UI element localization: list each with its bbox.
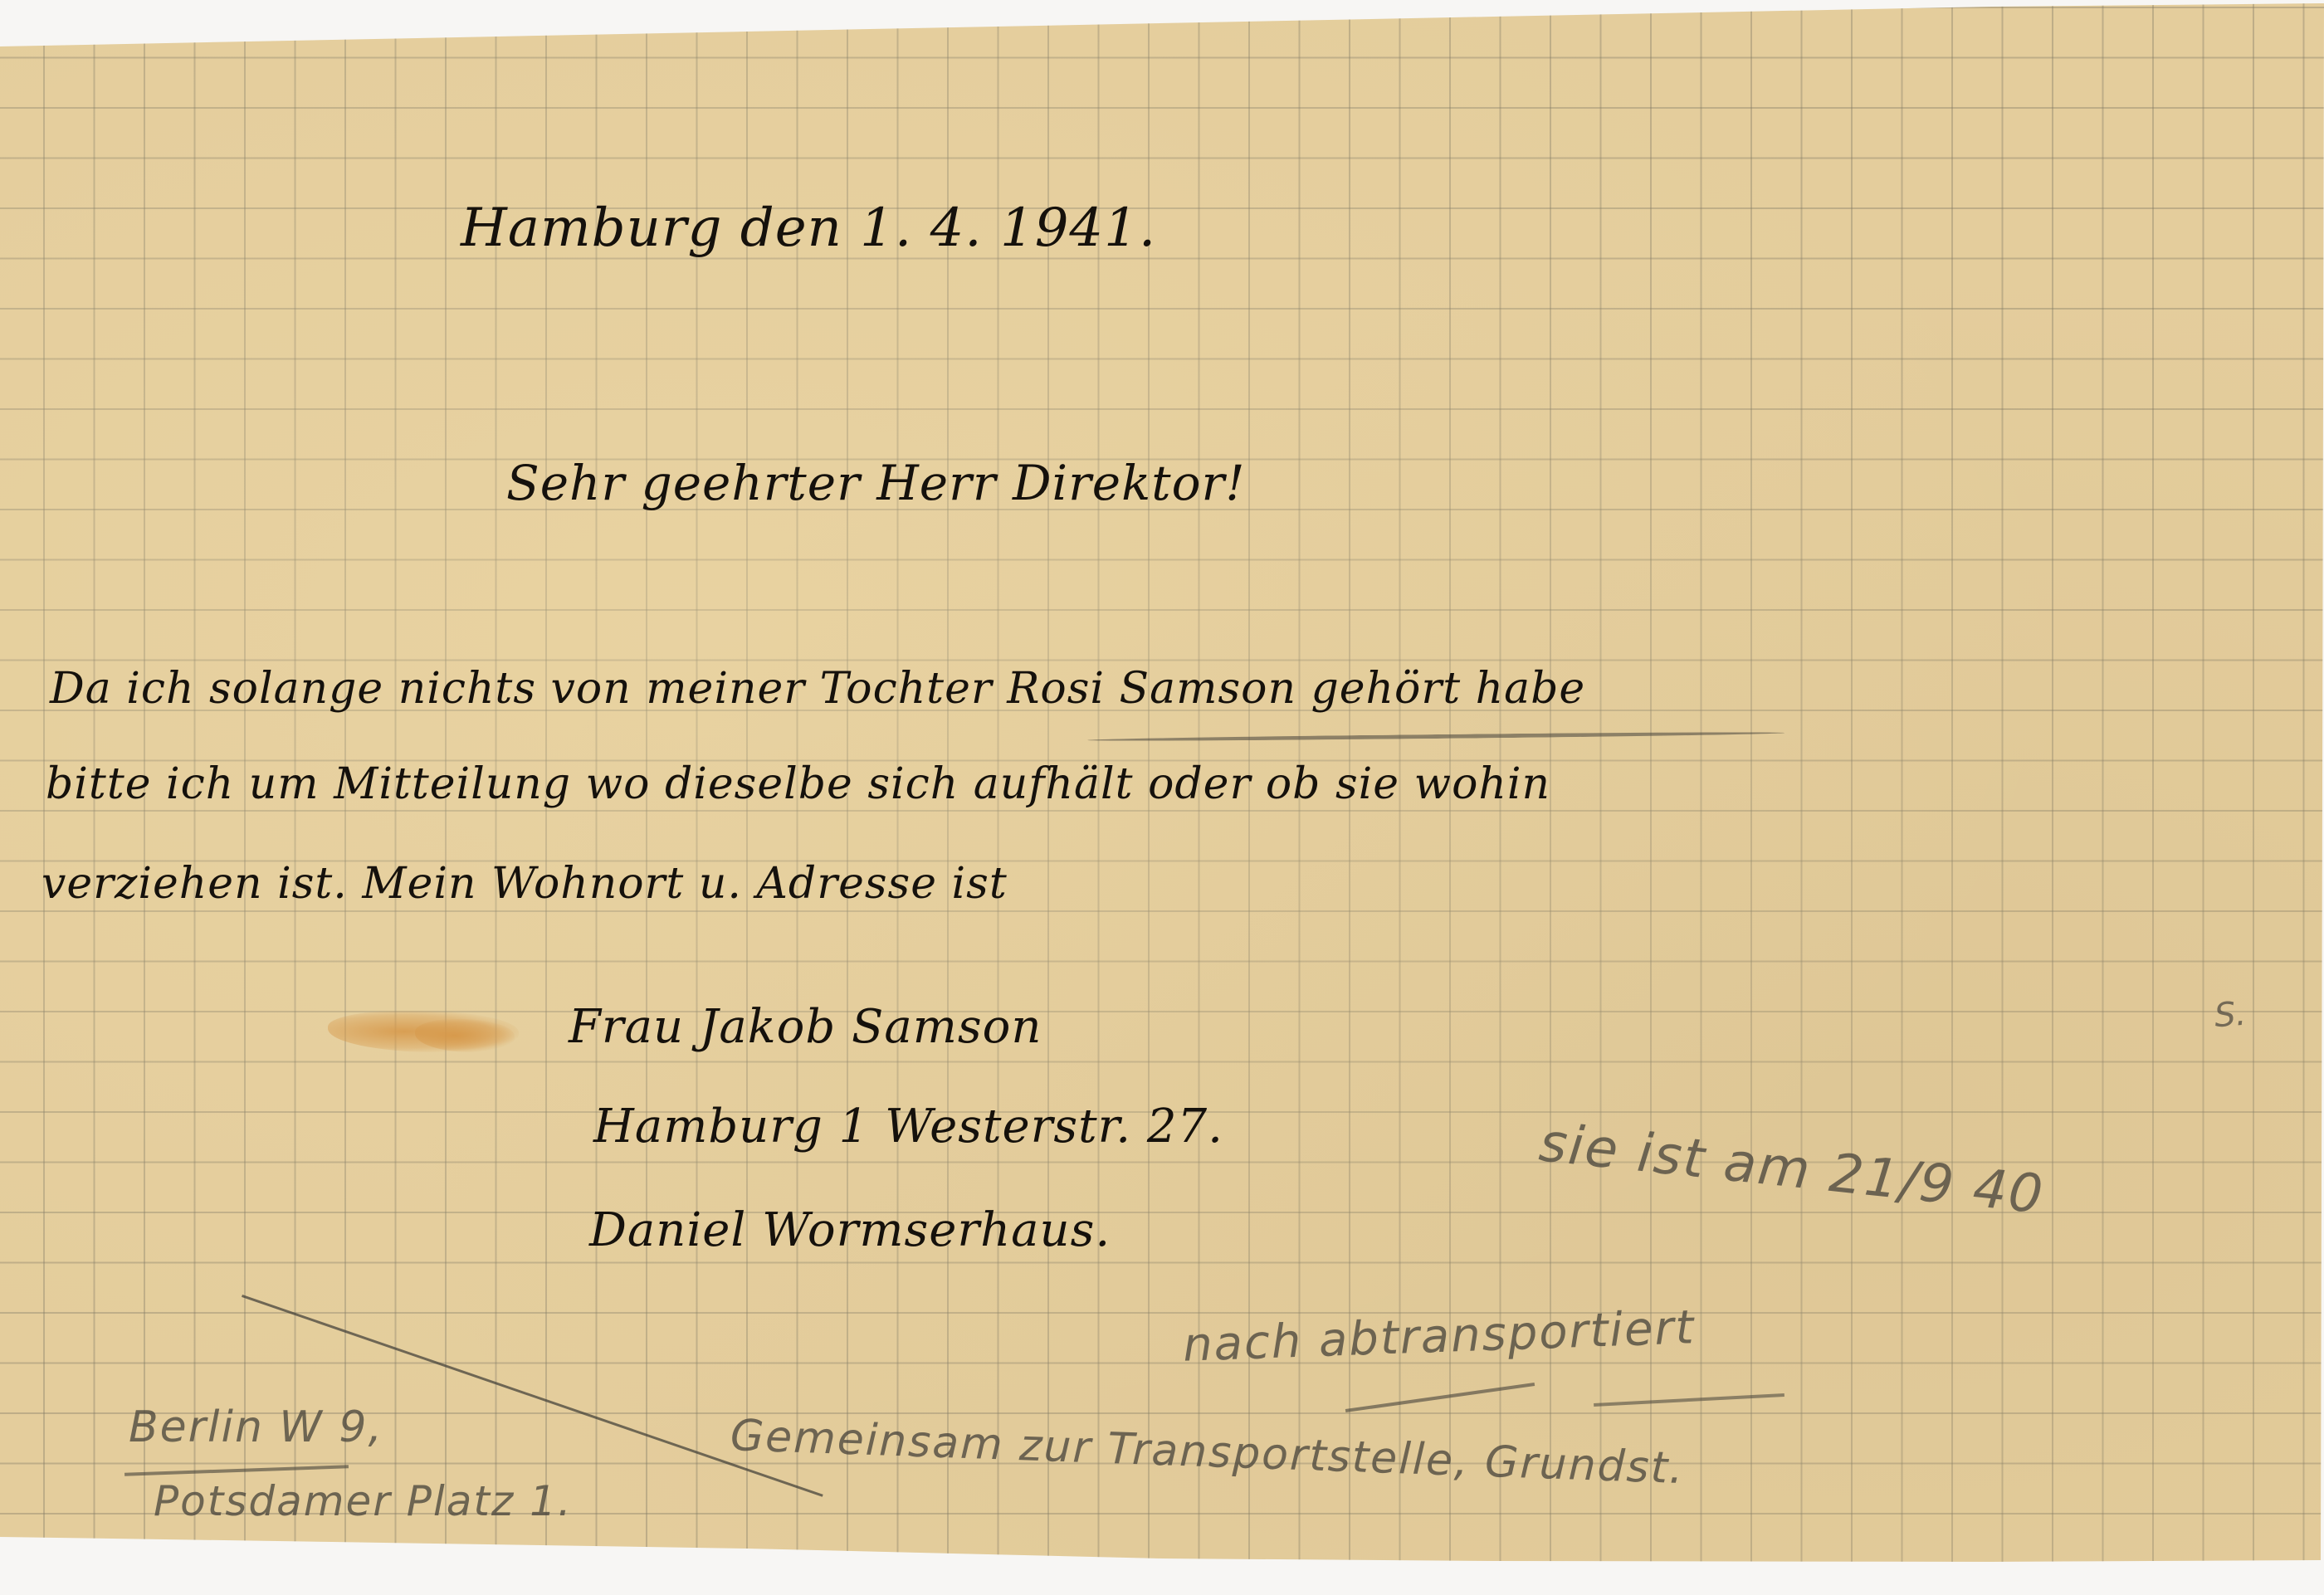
pencil-note-berlin: Berlin W 9, <box>129 1402 383 1452</box>
pencil-note-address: Potsdamer Platz 1. <box>154 1477 573 1525</box>
pencil-underline <box>1345 1383 1535 1412</box>
signature-address-detail: Daniel Wormserhaus. <box>589 1203 1111 1257</box>
pencil-underline <box>124 1465 349 1475</box>
letter-body-line: Da ich solange nichts von meiner Tochter… <box>50 664 1585 714</box>
pencil-note-transport: Gemeinsam zur Transportstelle, Grundst. <box>730 1411 1686 1494</box>
pencil-note-date: sie ist am 21/9 40 <box>1536 1112 2047 1226</box>
letter-salutation: Sehr geehrter Herr Direktor! <box>506 455 1246 511</box>
pencil-note-status: nach abtransportiert <box>1182 1300 1696 1373</box>
pencil-underline <box>1594 1393 1784 1407</box>
pencil-margin-mark: S. <box>2213 995 2247 1036</box>
letter-date-line: Hamburg den 1. 4. 1941. <box>461 198 1156 259</box>
pencil-underline <box>1087 731 1784 743</box>
signature-name: Frau Jakob Samson <box>569 1000 1042 1054</box>
letter-body-line: verziehen ist. Mein Wohnort u. Adresse i… <box>41 859 1008 909</box>
letter-body-line: bitte ich um Mitteilung wo dieselbe sich… <box>46 759 1550 809</box>
signature-address: Hamburg 1 Westerstr. 27. <box>593 1100 1223 1154</box>
squared-paper-sheet: Hamburg den 1. 4. 1941. Sehr geehrter He… <box>0 0 2324 1595</box>
